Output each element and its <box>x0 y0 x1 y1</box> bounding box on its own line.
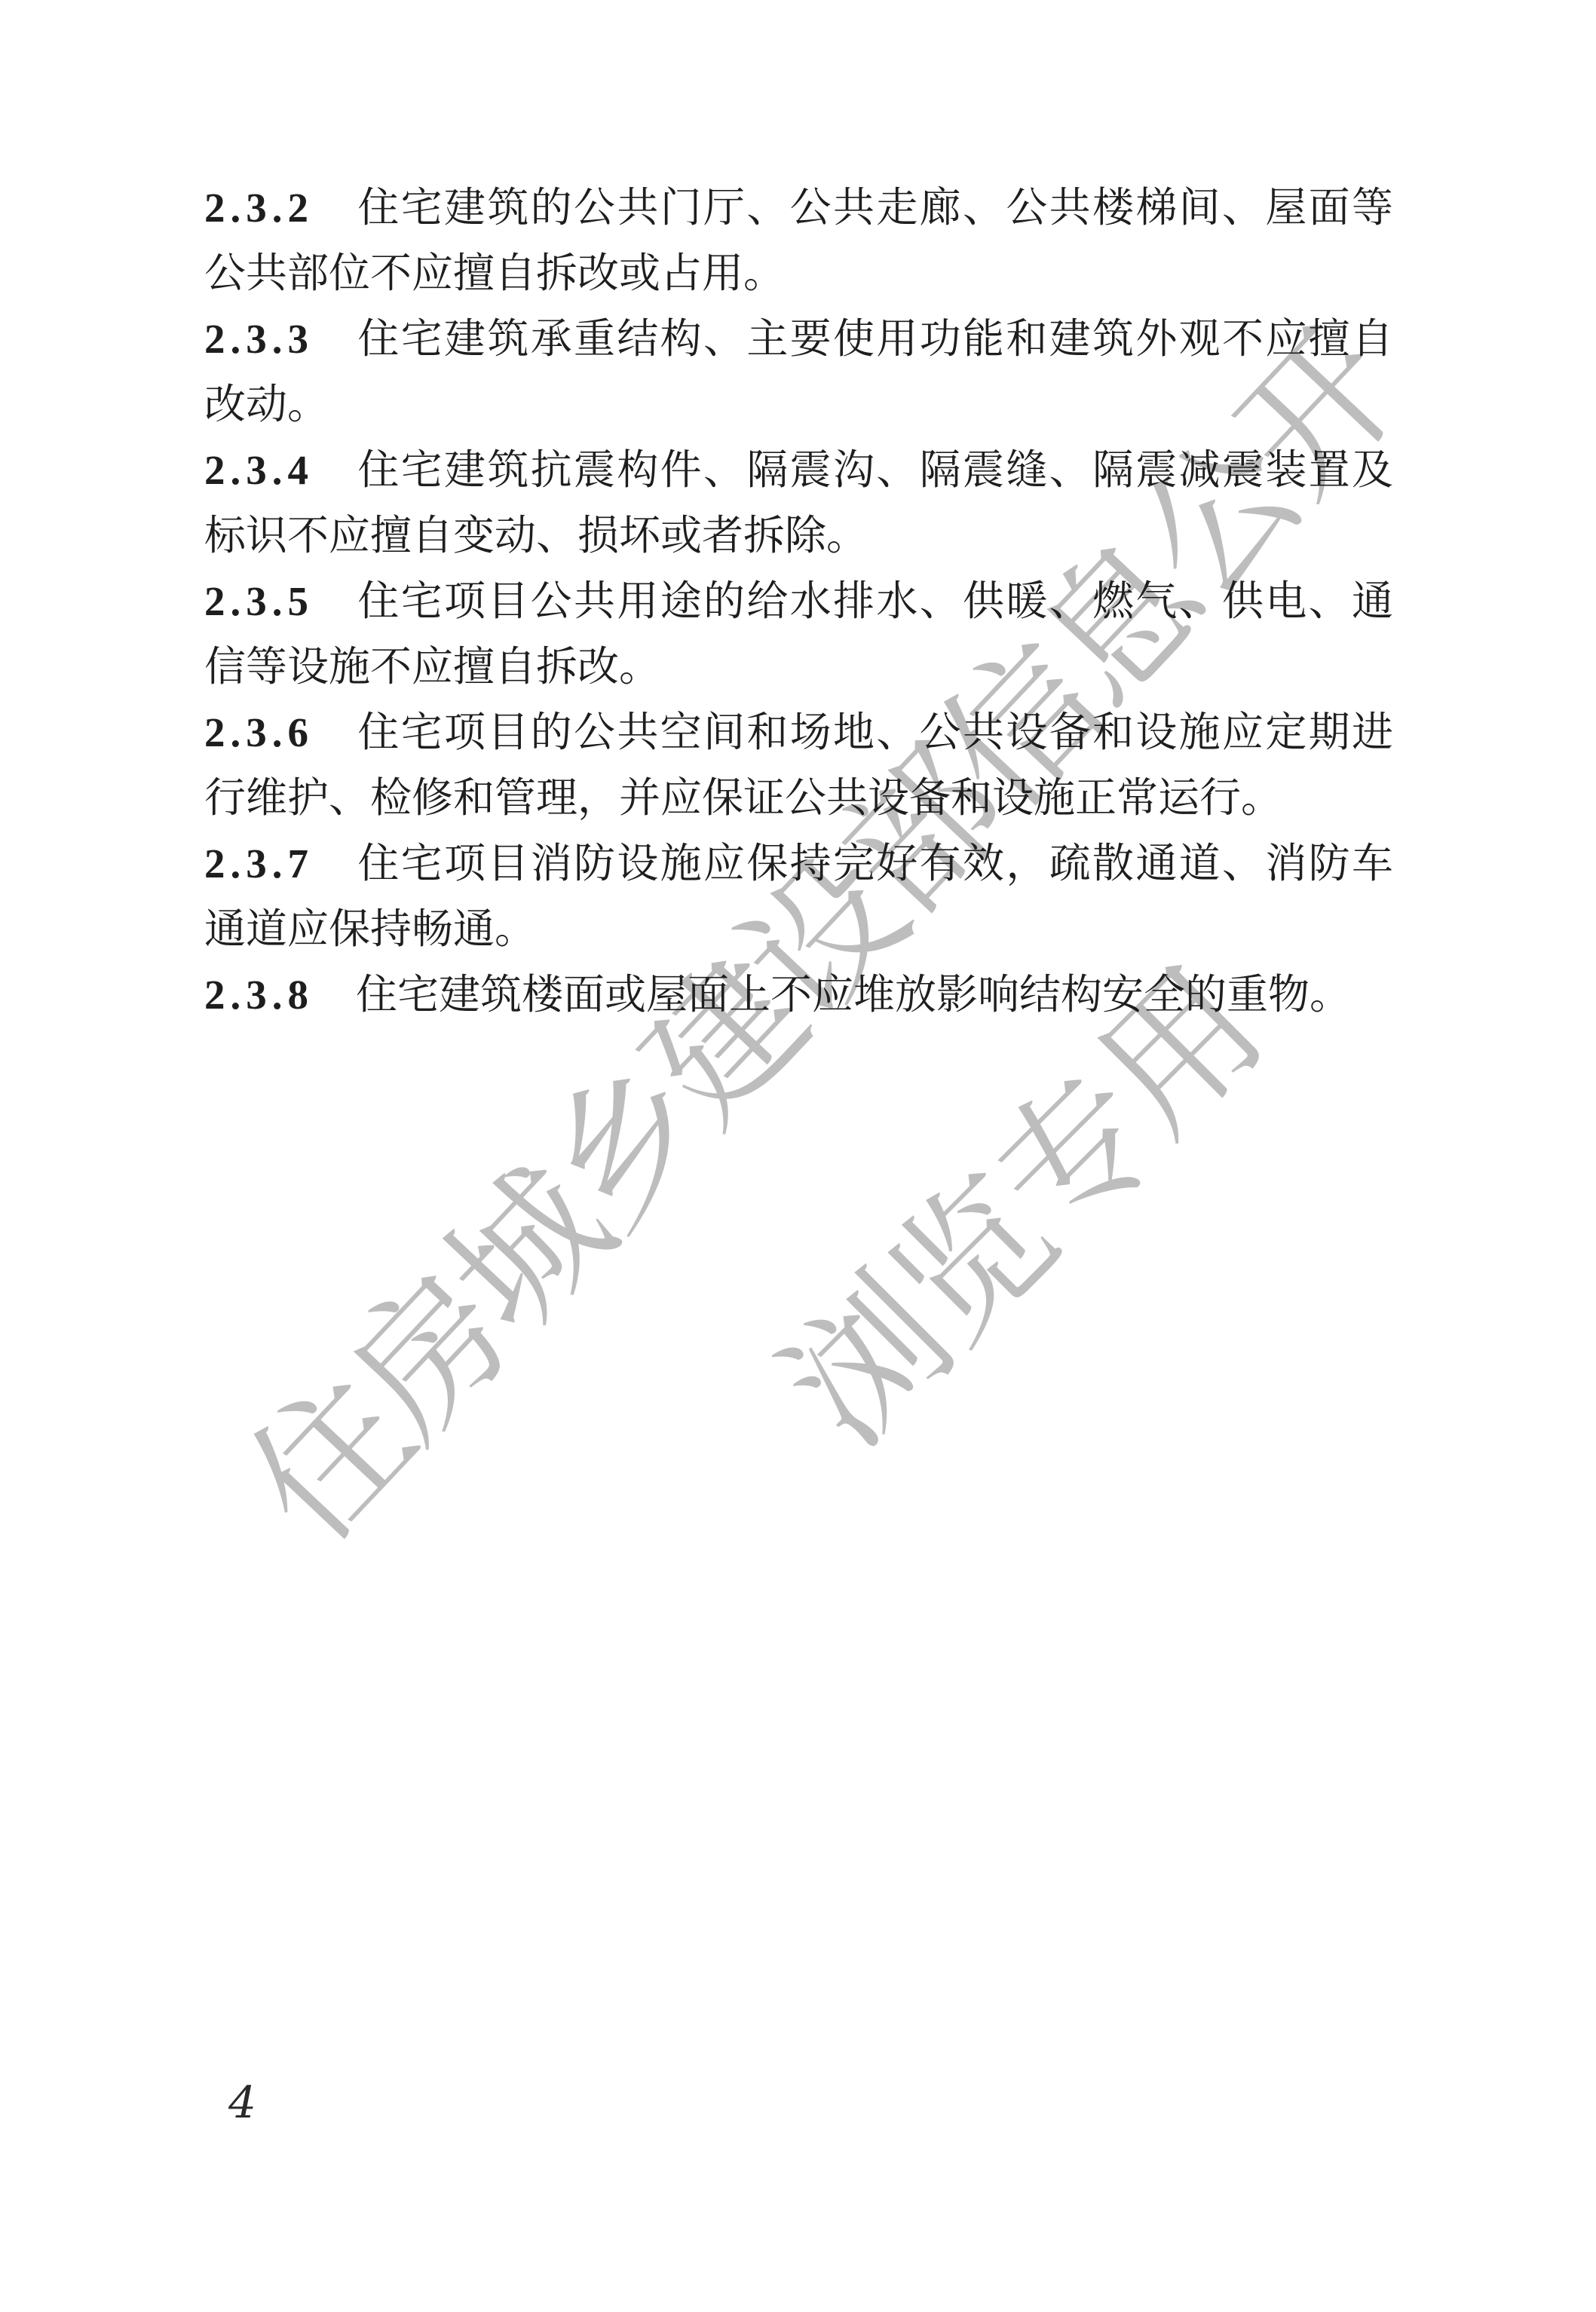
document-page: 住房城乡建设部信息公开 浏览专用 2.3.2住宅建筑的公共门厅、公共走廊、公共楼… <box>0 0 1596 2312</box>
clause-text: 标识不应擅自变动、损坏或者拆除。 <box>204 513 868 559</box>
clause-line-2-3-4: 2.3.4住宅建筑抗震构件、隔震沟、隔震缝、隔震减震装置及 <box>204 437 1393 503</box>
clause-text: 住宅建筑承重结构、主要使用功能和建筑外观不应擅自 <box>356 316 1393 362</box>
clause-text: 住宅项目公共用途的给水排水、供暖、燃气、供电、通 <box>356 578 1393 624</box>
clause-text: 住宅建筑抗震构件、隔震沟、隔震缝、隔震减震装置及 <box>356 447 1393 493</box>
clause-number: 2.3.6 <box>204 709 314 755</box>
page-number: 4 <box>228 2078 256 2127</box>
clause-number: 2.3.2 <box>204 185 314 231</box>
clause-number: 2.3.5 <box>204 578 314 624</box>
clause-number: 2.3.8 <box>204 972 314 1018</box>
clause-continuation-line: 通道应保持畅通。 <box>204 896 1393 962</box>
clause-line-2-3-3: 2.3.3住宅建筑承重结构、主要使用功能和建筑外观不应擅自 <box>204 306 1393 372</box>
clause-text: 住宅建筑楼面或屋面上不应堆放影响结构安全的重物。 <box>356 972 1351 1018</box>
clause-number: 2.3.7 <box>204 841 314 887</box>
clause-number: 2.3.4 <box>204 447 314 493</box>
clause-continuation-line: 改动。 <box>204 372 1393 437</box>
clause-line-2-3-5: 2.3.5住宅项目公共用途的给水排水、供暖、燃气、供电、通 <box>204 568 1393 634</box>
clause-continuation-line: 公共部位不应擅自拆改或占用。 <box>204 240 1393 306</box>
clause-continuation-line: 标识不应擅自变动、损坏或者拆除。 <box>204 503 1393 568</box>
clause-line-2-3-2: 2.3.2住宅建筑的公共门厅、公共走廊、公共楼梯间、屋面等 <box>204 175 1393 240</box>
clause-line-2-3-6: 2.3.6住宅项目的公共空间和场地、公共设备和设施应定期进 <box>204 700 1393 765</box>
clause-number: 2.3.3 <box>204 316 314 362</box>
clause-text: 住宅项目消防设施应保持完好有效，疏散通道、消防车 <box>356 841 1393 887</box>
clause-line-2-3-8: 2.3.8住宅建筑楼面或屋面上不应堆放影响结构安全的重物。 <box>204 962 1393 1027</box>
clause-text: 公共部位不应擅自拆改或占用。 <box>204 250 785 296</box>
clause-text: 通道应保持畅通。 <box>204 906 536 952</box>
clause-text: 改动。 <box>204 381 329 427</box>
clauses-text-block: 2.3.2住宅建筑的公共门厅、公共走廊、公共楼梯间、屋面等 公共部位不应擅自拆改… <box>204 175 1393 1027</box>
clause-text: 住宅项目的公共空间和场地、公共设备和设施应定期进 <box>356 709 1393 755</box>
clause-text: 信等设施不应擅自拆改。 <box>204 644 660 690</box>
clause-text: 住宅建筑的公共门厅、公共走廊、公共楼梯间、屋面等 <box>356 185 1393 231</box>
clause-continuation-line: 信等设施不应擅自拆改。 <box>204 634 1393 700</box>
clause-line-2-3-7: 2.3.7住宅项目消防设施应保持完好有效，疏散通道、消防车 <box>204 831 1393 896</box>
clause-text: 行维护、检修和管理，并应保证公共设备和设施正常运行。 <box>204 775 1282 821</box>
clause-continuation-line: 行维护、检修和管理，并应保证公共设备和设施正常运行。 <box>204 765 1393 831</box>
